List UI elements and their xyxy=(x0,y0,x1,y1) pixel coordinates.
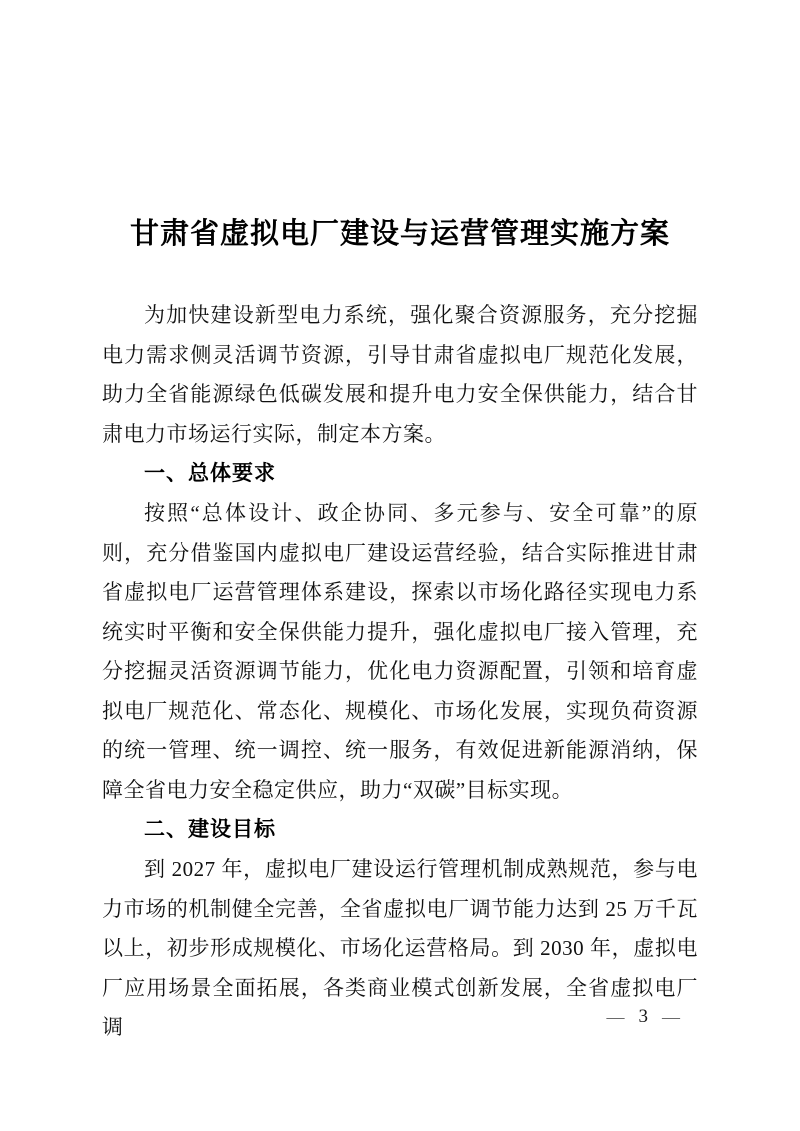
document-body: 为加快建设新型电力系统，强化聚合资源服务，充分挖掘电力需求侧灵活调节资源，引导甘… xyxy=(102,296,698,1048)
document-title: 甘肃省虚拟电厂建设与运营管理实施方案 xyxy=(0,216,800,252)
page-footer: — 3 — xyxy=(607,1004,681,1030)
section-1-paragraph: 按照“总体设计、政企协同、多元参与、安全可靠”的原则，充分借鉴国内虚拟电厂建设运… xyxy=(102,494,698,810)
intro-paragraph: 为加快建设新型电力系统，强化聚合资源服务，充分挖掘电力需求侧灵活调节资源，引导甘… xyxy=(102,296,698,454)
footer-dash-left: — xyxy=(607,1004,625,1030)
document-page: 甘肃省虚拟电厂建设与运营管理实施方案 为加快建设新型电力系统，强化聚合资源服务，… xyxy=(0,0,800,1131)
page-number: 3 xyxy=(639,1004,649,1030)
footer-dash-right: — xyxy=(662,1004,680,1030)
section-1-heading: 一、总体要求 xyxy=(102,454,698,494)
section-2-heading: 二、建设目标 xyxy=(102,810,698,850)
